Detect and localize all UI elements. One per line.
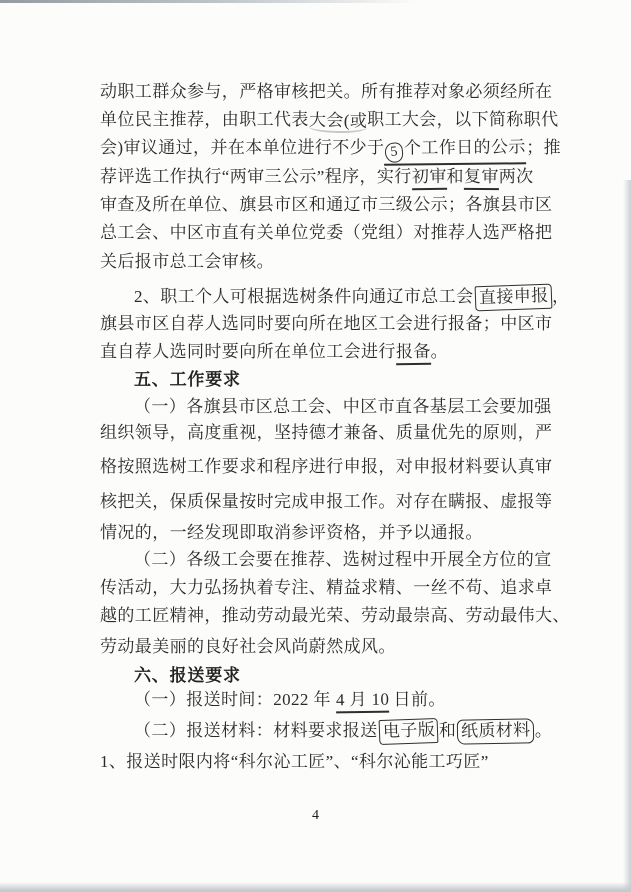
doc-line: 直自荐人选同时要向所在单位工会进行报备。 bbox=[100, 341, 540, 365]
hand-box-mark: 直接申报 bbox=[474, 284, 551, 312]
page-number: 4 bbox=[0, 808, 631, 824]
text-run: 荐评选工作执行“两审三公示”程序，实行 bbox=[100, 167, 412, 186]
hand-box-mark: 电子版 bbox=[378, 718, 438, 745]
hand-underline-mark: 5个工作日的公示 bbox=[384, 136, 526, 165]
text-run: 组织领导，高度重视，坚持德才兼备、质量优先的原则，严 bbox=[100, 423, 552, 442]
text-run: 。 bbox=[535, 721, 552, 740]
doc-line: 格按照选树工作要求和程序进行申报，对申报材料要认真审 bbox=[100, 456, 540, 477]
hand-circled-number: 5 bbox=[385, 142, 405, 164]
doc-line: 传活动，大力弘扬执着专注、精益求精、一丝不苟、追求卓 bbox=[100, 577, 540, 598]
hand-underline-mark: 报备 bbox=[396, 341, 431, 365]
text-run: 会)审议通过，并在本单位进行不少于 bbox=[100, 138, 384, 157]
text-run: 劳动最美丽的良好社会风尚蔚然成风。 bbox=[100, 637, 396, 656]
doc-line: 越的工匠精神，推动劳动最光荣、劳动最崇高、劳动最伟大、 bbox=[100, 605, 540, 626]
doc-line: 劳动最美丽的良好社会风尚蔚然成风。 bbox=[100, 636, 540, 657]
doc-line: （一）各旗县市区总工会、中区市直各基层工会要加强 bbox=[100, 396, 574, 417]
doc-line: （二）报送材料：材料要求报送电子版和纸质材料。 bbox=[100, 719, 574, 744]
doc-line: 单位民主推荐，由职工代表大会(或职工大会，以下简称职代 bbox=[100, 109, 540, 132]
doc-line: 动职工群众参与，严格审核把关。所有推荐对象必须经所在 bbox=[100, 81, 540, 102]
text-run: 总工会、中区市直有关单位党委（党组）对推荐人选严格把 bbox=[100, 223, 552, 242]
heading-text: 五、工作要求 bbox=[134, 370, 241, 389]
doc-line: 组织领导，高度重视，坚持德才兼备、质量优先的原则，严 bbox=[100, 422, 540, 443]
text-run: （二）各级工会要在推荐、选树过程中开展全方位的宣 bbox=[134, 550, 552, 569]
doc-line: 1、报送时限内将“科尔沁工匠”、“科尔沁能工巧匠” bbox=[100, 751, 540, 772]
doc-line: 审查及所在单位、旗县市区和通辽市三级公示；各旗县市区 bbox=[100, 194, 540, 215]
text-run: 情况的，一经发现即取消参评资格，并予以通报。 bbox=[100, 523, 483, 542]
doc-line: （一）报送时间：2022 年 4 月 10 日前。 bbox=[100, 689, 574, 713]
text-run: 传活动，大力弘扬执着专注、精益求精、一丝不苟、追求卓 bbox=[100, 578, 552, 597]
scanned-document-page: 动职工群众参与，严格审核把关。所有推荐对象必须经所在 单位民主推荐，由职工代表大… bbox=[0, 0, 631, 892]
text-run: （二）报送材料：材料要求报送 bbox=[134, 721, 378, 740]
text-run: 和 bbox=[439, 721, 456, 740]
text-run: 日前。 bbox=[389, 690, 446, 709]
text-run: 和 bbox=[447, 167, 464, 186]
text-run: 直自荐人选同时要向所在单位工会进行 bbox=[100, 342, 396, 361]
doc-line: 会)审议通过，并在本单位进行不少于5个工作日的公示；推 bbox=[100, 137, 540, 165]
hand-underline-mark: 初审 bbox=[412, 166, 447, 190]
text-run: 大会(或 bbox=[309, 110, 368, 130]
section-heading: 五、工作要求 bbox=[100, 369, 574, 390]
text-run: 关后报市总工会审核。 bbox=[100, 252, 274, 271]
hand-underline-mark: 复审 bbox=[464, 166, 499, 190]
text-run: 单位民主推荐，由职工代表 bbox=[100, 110, 309, 129]
heading-text: 六、报送要求 bbox=[134, 666, 241, 685]
doc-line: 核把关，保质保量按时完成申报工作。对存在瞒报、虚报等 bbox=[100, 491, 540, 512]
hand-underline-mark: 4 月 10 bbox=[335, 689, 389, 714]
text-run: 旗县市区自荐人选同时要向所在地区工会进行报备；中区市 bbox=[100, 314, 552, 333]
text-run: 两次 bbox=[499, 167, 534, 186]
doc-line: 关后报市总工会审核。 bbox=[100, 251, 540, 272]
doc-line: 总工会、中区市直有关单位党委（党组）对推荐人选严格把 bbox=[100, 222, 540, 243]
scan-edge-right bbox=[623, 180, 631, 892]
section-heading: 六、报送要求 bbox=[100, 665, 574, 686]
pencil-underline-mark: 大会(或 bbox=[309, 109, 368, 133]
hand-box-mark: 纸质材料 bbox=[457, 718, 534, 744]
text-run: 2、职工个人可根据选树条件向通辽市总工会 bbox=[134, 287, 474, 306]
doc-line: 情况的，一经发现即取消参评资格，并予以通报。 bbox=[100, 522, 540, 543]
text-run: 1、报送时限内将“科尔沁工匠”、“科尔沁能工巧匠” bbox=[100, 752, 489, 771]
text-run: （一）报送时间：2022 年 bbox=[134, 690, 336, 709]
text-run: 格按照选树工作要求和程序进行申报，对申报材料要认真审 bbox=[100, 457, 552, 476]
text-run: ， bbox=[552, 287, 569, 306]
text-run: （一）各旗县市区总工会、中区市直各基层工会要加强 bbox=[134, 397, 552, 416]
text-run: 核把关，保质保量按时完成申报工作。对存在瞒报、虚报等 bbox=[100, 492, 552, 511]
doc-line: 荐评选工作执行“两审三公示”程序，实行初审和复审两次 bbox=[100, 166, 540, 190]
scan-edge-top bbox=[0, 0, 420, 3]
scan-edge-bottom bbox=[0, 882, 631, 892]
text-run: 职工大会，以下简称职代 bbox=[367, 110, 558, 129]
doc-line: （二）各级工会要在推荐、选树过程中开展全方位的宣 bbox=[100, 549, 574, 570]
text-run: 。 bbox=[431, 342, 448, 361]
text-run: 动职工群众参与，严格审核把关。所有推荐对象必须经所在 bbox=[100, 82, 552, 101]
underlined-text: 个工作日的公示 bbox=[404, 137, 526, 157]
text-run: ；推 bbox=[526, 138, 561, 157]
doc-line: 2、职工个人可根据选树条件向通辽市总工会直接申报， bbox=[100, 285, 574, 310]
text-run: 越的工匠精神，推动劳动最光荣、劳动最崇高、劳动最伟大、 bbox=[100, 606, 570, 625]
doc-line: 旗县市区自荐人选同时要向所在地区工会进行报备；中区市 bbox=[100, 313, 540, 334]
text-run: 审查及所在单位、旗县市区和通辽市三级公示；各旗县市区 bbox=[100, 195, 552, 214]
